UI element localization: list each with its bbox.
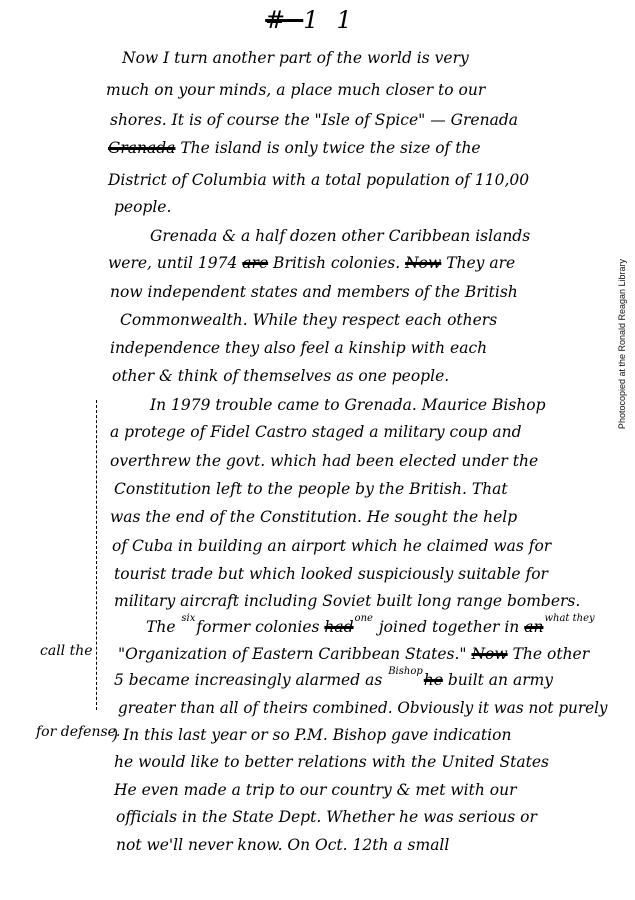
- manuscript-line: Now I turn another part of the world is …: [122, 48, 469, 68]
- manuscript-line: was the end of the Constitution. He soug…: [110, 507, 517, 527]
- manuscript-line: The sixformer colonies hadone joined tog…: [146, 617, 596, 640]
- manuscript-line: military aircraft including Soviet built…: [114, 591, 580, 611]
- line-text: British colonies.: [268, 254, 405, 272]
- manuscript-line: overthrew the govt. which had been elect…: [110, 451, 538, 471]
- struck-word: an: [524, 618, 543, 636]
- margin-rule: [96, 400, 97, 710]
- interlinear-insertion: one: [355, 613, 373, 624]
- struck-word: he: [424, 671, 443, 689]
- line-text: were, until 1974: [108, 254, 242, 272]
- line-text: former colonies: [196, 618, 324, 636]
- manuscript-line: 5 became increasingly alarmed as Bishoph…: [114, 670, 553, 693]
- line-text: They are: [441, 254, 515, 272]
- manuscript-line: now independent states and members of th…: [110, 282, 518, 302]
- manuscript-line: of Cuba in building an airport which he …: [112, 536, 551, 556]
- manuscript-line: tourist trade but which looked suspiciou…: [114, 564, 548, 584]
- manuscript-line: ) In this last year or so P.M. Bishop ga…: [112, 725, 511, 745]
- manuscript-line: He even made a trip to our country & met…: [114, 780, 516, 800]
- margin-note: call the: [40, 642, 93, 660]
- struck-word: Now: [471, 645, 507, 663]
- line-text: joined together in: [374, 618, 524, 636]
- page-number-value: 11: [303, 6, 370, 34]
- manuscript-line: In 1979 trouble came to Grenada. Maurice…: [150, 395, 546, 415]
- line-text: "Organization of Eastern Caribbean State…: [118, 645, 471, 663]
- page-number: #11: [0, 6, 635, 34]
- archive-stamp: Photocopied at the Ronald Reagan Library: [612, 244, 632, 444]
- line-text: 5 became increasingly alarmed as: [114, 671, 387, 689]
- interlinear-insertion: Bishop: [388, 666, 423, 677]
- archive-stamp-text: Photocopied at the Ronald Reagan Library: [617, 259, 627, 429]
- manuscript-line: other & think of themselves as one peopl…: [112, 366, 449, 386]
- manuscript-line: Grenada & a half dozen other Caribbean i…: [150, 226, 530, 246]
- struck-word: Granada: [108, 139, 175, 157]
- manuscript-line: Granada The island is only twice the siz…: [108, 138, 481, 158]
- page-number-struck-symbol: #: [265, 6, 303, 34]
- line-text: The: [146, 618, 180, 636]
- interlinear-insertion: six: [181, 613, 195, 624]
- manuscript-line: Commonwealth. While they respect each ot…: [120, 310, 497, 330]
- manuscript-line: a protege of Fidel Castro staged a milit…: [110, 422, 522, 442]
- line-text: The other: [508, 645, 589, 663]
- line-text: built an army: [443, 671, 553, 689]
- manuscript-line: shores. It is of course the "Isle of Spi…: [110, 110, 518, 130]
- interlinear-insertion: what they: [544, 613, 594, 624]
- manuscript-line: much on your minds, a place much closer …: [106, 80, 485, 100]
- manuscript-line: District of Columbia with a total popula…: [108, 170, 529, 190]
- manuscript-line: not we'll never know. On Oct. 12th a sma…: [116, 835, 449, 855]
- manuscript-line: people.: [114, 197, 171, 217]
- manuscript-line: independence they also feel a kinship wi…: [110, 338, 487, 358]
- struck-word: are: [242, 254, 268, 272]
- manuscript-line: he would like to better relations with t…: [114, 752, 549, 772]
- manuscript-line: "Organization of Eastern Caribbean State…: [118, 644, 589, 664]
- margin-note: for defense.: [36, 723, 120, 741]
- line-text: The island is only twice the size of the: [175, 139, 480, 157]
- manuscript-page: #11 Now I turn another part of the world…: [0, 0, 635, 900]
- manuscript-line: were, until 1974 are British colonies. N…: [108, 253, 515, 273]
- manuscript-line: Constitution left to the people by the B…: [114, 479, 508, 499]
- manuscript-line: greater than all of theirs combined. Obv…: [118, 698, 608, 718]
- manuscript-line: officials in the State Dept. Whether he …: [116, 807, 537, 827]
- struck-word: had: [324, 618, 353, 636]
- struck-word: Now: [405, 254, 441, 272]
